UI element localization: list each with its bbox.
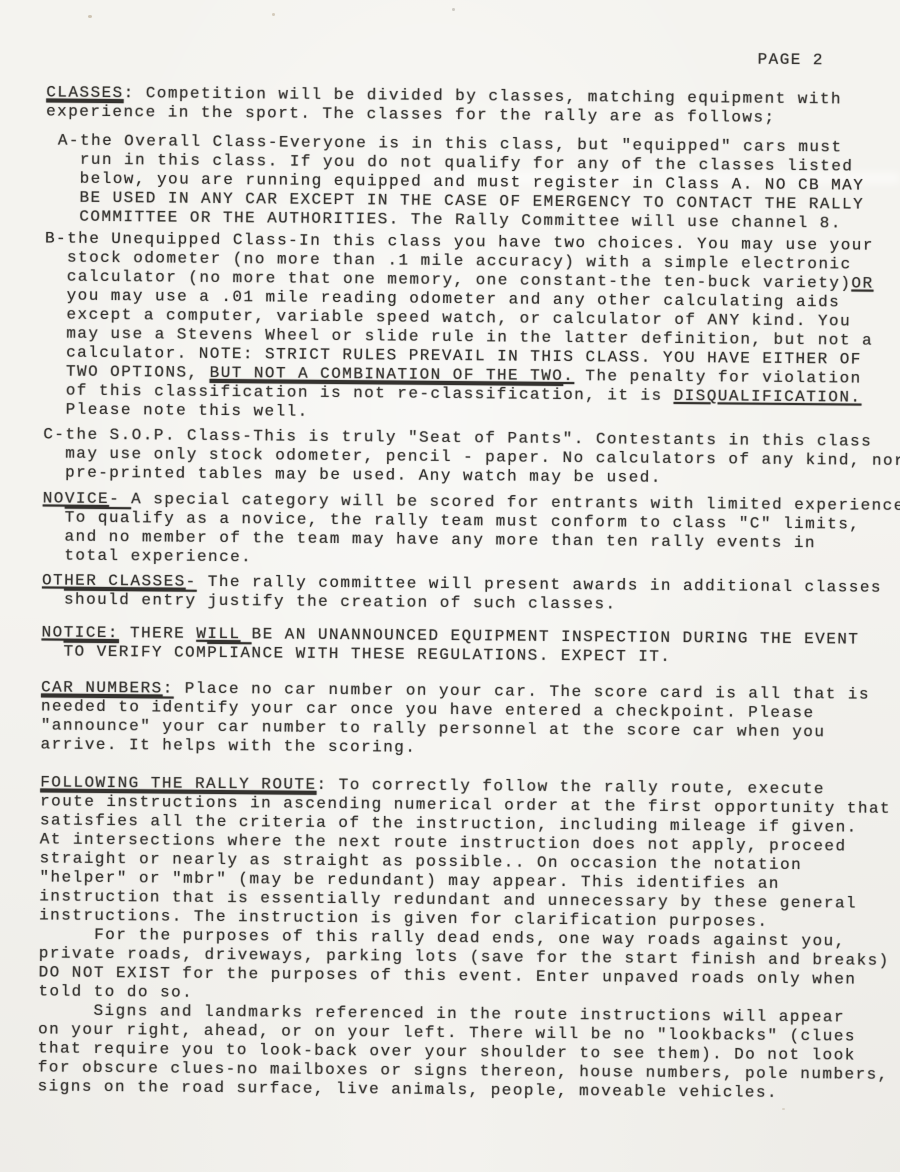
paragraph-novice: NOVICE- A special category will be score… xyxy=(42,489,900,572)
text-segment: THERE xyxy=(119,624,197,643)
paragraph-notice: NOTICE: THERE WILL BE AN UNANNOUNCED EQU… xyxy=(41,623,899,668)
paragraph-classes: CLASSES: Competition will be divided by … xyxy=(46,83,900,128)
text-segment: arrive. It helps with the scoring. xyxy=(41,735,417,756)
text-segment xyxy=(43,508,65,526)
underlined-text: FOLLOWING THE RALLY ROUTE xyxy=(40,773,316,793)
underlined-text: DISQUALIFICATION. xyxy=(674,387,862,407)
underlined-text: BUT NOT A COMBINATION OF THE TWO. xyxy=(210,364,575,385)
overstrike-artifact-text: should entry xyxy=(64,591,197,610)
paragraph-car-numbers: CAR NUMBERS: Place no car number on your… xyxy=(41,678,900,761)
overstrike-artifact-text: needed to id xyxy=(41,697,174,716)
underlined-text: OTHER CLASSES xyxy=(42,571,186,590)
text-segment: RIFY COM xyxy=(119,643,208,662)
scanned-document-page: PAGE 2 CLASSES: Competition will be divi… xyxy=(0,0,900,1172)
paragraph-other-classes: OTHER CLASSES- The rally committee will … xyxy=(42,571,900,616)
underlined-text: NOVICE xyxy=(43,489,109,508)
text-segment: The penalty for violation xyxy=(574,367,861,388)
overstrike-artifact-text: experie xyxy=(46,102,124,121)
overstrike-artifact-text: TO VE xyxy=(63,643,118,661)
text-segment: NCE WITH THESE REGULATIONS. EXPECT IT. xyxy=(251,644,671,666)
text-segment: on, it is xyxy=(563,386,674,405)
overstrike-artifact-text: route instructions in asc xyxy=(40,792,316,812)
underlined-text: WILL xyxy=(196,625,240,643)
document-body: CLASSES: Competition will be divided by … xyxy=(37,83,900,1172)
text-segment: Please note this well. xyxy=(43,400,308,420)
underlined-text: NOTICE: xyxy=(42,623,120,642)
page-number: PAGE 2 xyxy=(758,51,824,71)
underlined-text: CLASSES xyxy=(46,83,124,102)
overstrike-artifact-text: ification is not re-classificati xyxy=(209,383,563,404)
text-segment: of this class xyxy=(44,381,210,400)
paragraph-class-c: C-the S.O.P. Class-This is truly "Seat o… xyxy=(43,425,900,489)
text-segment: TWO OPTIONS, xyxy=(44,362,210,381)
scan-content: PAGE 2 CLASSES: Competition will be divi… xyxy=(0,0,900,1172)
underlined-text: CAR NUMBERS xyxy=(41,678,163,697)
overstrike-artifact-text: To qua xyxy=(65,509,131,528)
text-segment: justify the creation of such classes. xyxy=(197,592,617,614)
text-segment: told to do so. xyxy=(38,982,193,1001)
paragraph-class-a: A-the Overall Class-Everyone is in this … xyxy=(57,132,900,234)
text-segment xyxy=(41,642,63,660)
text-segment: total experience. xyxy=(42,546,252,566)
overstrike-artifact-text: PLIA xyxy=(207,644,251,662)
paragraph-following-route: FOLLOWING THE RALLY ROUTE: To correctly … xyxy=(38,773,899,1103)
text-segment xyxy=(42,590,64,608)
underlined-text: OR xyxy=(851,274,873,292)
paragraph-class-b: B-the Unequipped Class-In this class you… xyxy=(43,229,900,426)
